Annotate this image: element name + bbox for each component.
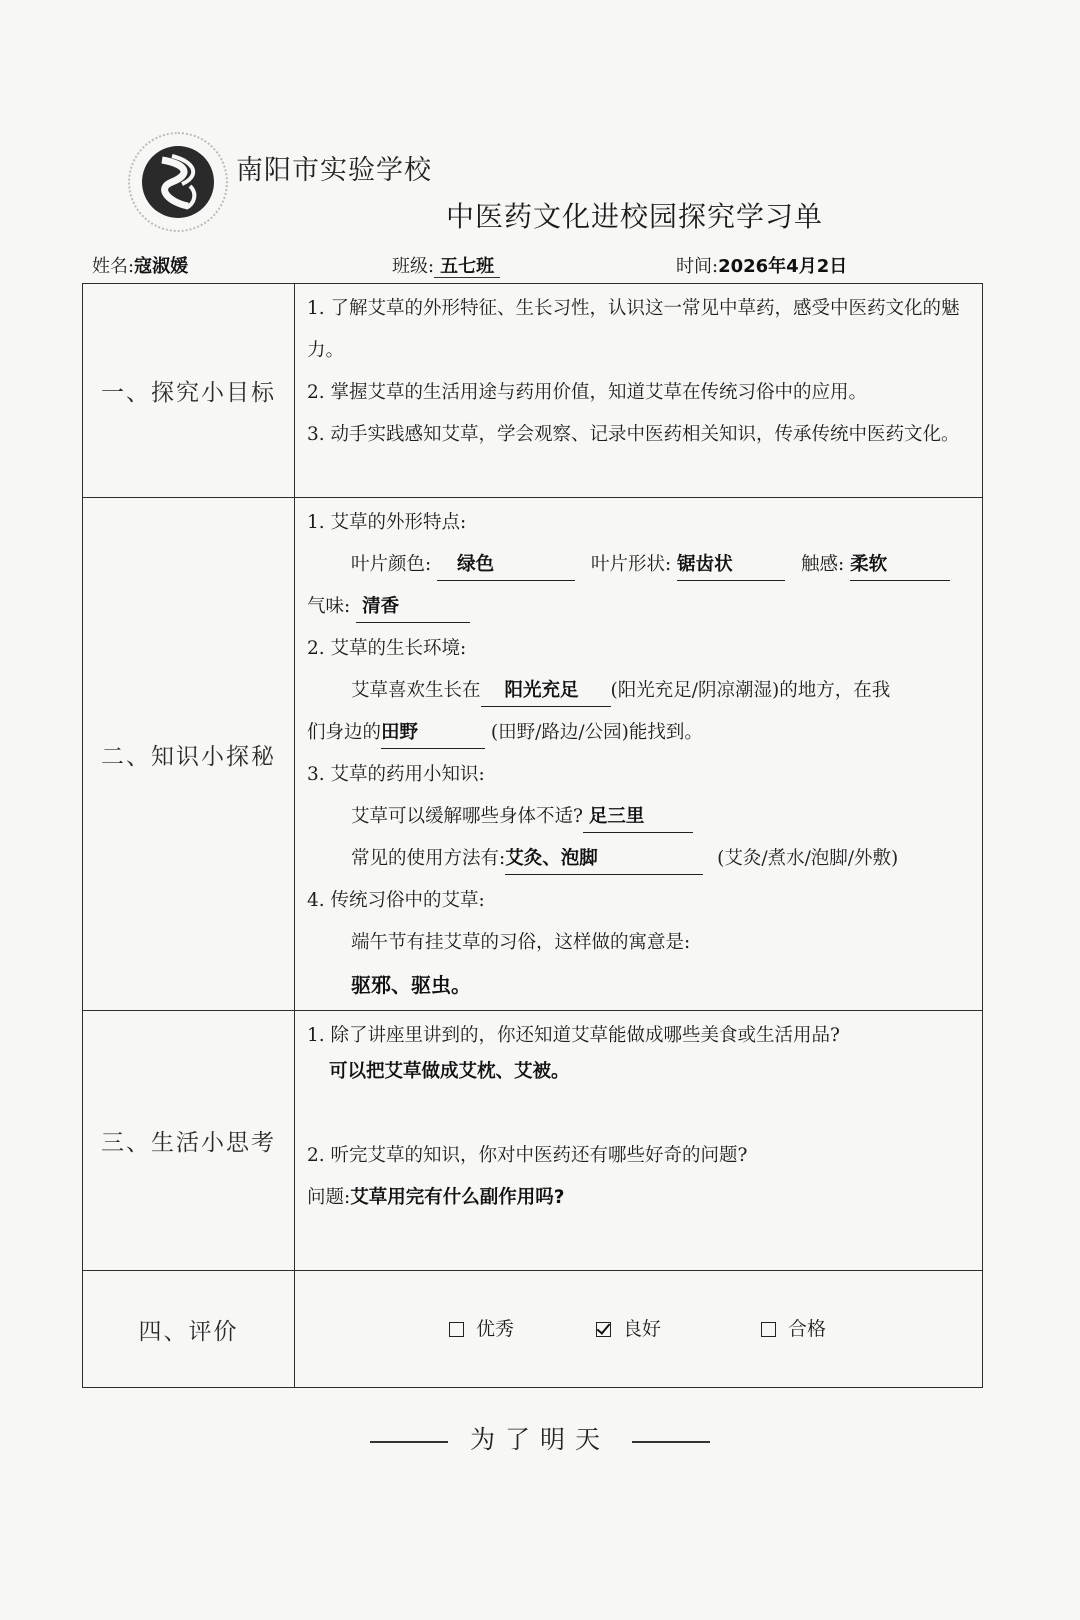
usage-options: (艾灸/煮水/泡脚/外敷) bbox=[717, 848, 898, 869]
checkbox-unchecked-icon[interactable] bbox=[449, 1322, 464, 1337]
find-options: (田野/路边/公园) bbox=[491, 722, 629, 743]
motto-text: 为了明天 bbox=[470, 1425, 610, 1454]
time-value: 2026年4月2日 bbox=[718, 256, 847, 277]
evaluation-options: 优秀 良好 合格 bbox=[307, 1308, 972, 1350]
goal-item: 2. 掌握艾草的生活用途与药用价值，知道艾草在传统习俗中的应用。 bbox=[307, 372, 972, 414]
thinking-q2: 2. 听完艾草的知识，你对中医药还有哪些好奇的问题? bbox=[307, 1135, 972, 1177]
document-title: 中医药文化进校园探究学习单 bbox=[446, 195, 823, 235]
checkbox-checked-icon[interactable] bbox=[596, 1322, 611, 1337]
evaluation-label: 四、评价 bbox=[83, 1271, 295, 1388]
q3-title: 3. 艾草的药用小知识: bbox=[307, 754, 972, 796]
eval-good-label: 良好 bbox=[623, 1308, 661, 1350]
touch-input[interactable]: 柔软 bbox=[850, 550, 950, 581]
class-field: 班级:五七班 bbox=[392, 252, 500, 278]
thinking-content: 1. 除了讲座里讲到的，你还知道艾草能做成哪些美食或生活用品? 可以把艾草做成艾… bbox=[295, 1011, 983, 1271]
question-label: 问题: bbox=[307, 1187, 350, 1208]
q1-title: 1. 艾草的外形特点: bbox=[307, 502, 972, 544]
q2-title: 2. 艾草的生长环境: bbox=[307, 628, 972, 670]
divider-right bbox=[632, 1441, 710, 1443]
footer-motto: 为了明天 bbox=[0, 1420, 1080, 1456]
usage-label: 常见的使用方法有: bbox=[351, 848, 505, 869]
class-label: 班级: bbox=[392, 256, 434, 277]
class-value: 五七班 bbox=[434, 256, 500, 278]
eval-excellent-label: 优秀 bbox=[476, 1308, 514, 1350]
smell-input[interactable]: 清香 bbox=[356, 592, 470, 623]
leaf-color-input[interactable]: 绿色 bbox=[437, 550, 575, 581]
thinking-label: 三、生活小思考 bbox=[83, 1011, 295, 1271]
knowledge-content: 1. 艾草的外形特点: 叶片颜色: 绿色 叶片形状: 锯齿状 触感: 柔软 气味… bbox=[295, 498, 983, 1011]
grow-prefix: 艾草喜欢生长在 bbox=[351, 680, 481, 701]
q4-title: 4. 传统习俗中的艾草: bbox=[307, 880, 972, 922]
grow-options: (阳光充足/阴凉潮湿) bbox=[611, 680, 780, 701]
relieve-input[interactable]: 足三里 bbox=[583, 802, 693, 833]
grow-suffix: 的地方，在我 bbox=[779, 680, 890, 701]
goal-item: 1. 了解艾草的外形特征、生长习性，认识这一常见中草药，感受中医药文化的魅力。 bbox=[307, 288, 972, 372]
eval-pass-label: 合格 bbox=[788, 1308, 826, 1350]
name-value: 寇淑媛 bbox=[134, 256, 188, 277]
eval-pass[interactable]: 合格 bbox=[761, 1308, 826, 1350]
thinking-a2[interactable]: 艾草用完有什么副作用吗? bbox=[350, 1187, 564, 1208]
find-suffix: 能找到。 bbox=[629, 722, 703, 743]
goals-row: 一、探究小目标 1. 了解艾草的外形特征、生长习性，认识这一常见中草药，感受中医… bbox=[83, 284, 983, 498]
find-line: 们身边的田野 (田野/路边/公园)能找到。 bbox=[307, 712, 972, 754]
grow-line: 艾草喜欢生长在阳光充足(阳光充足/阴凉潮湿)的地方，在我 bbox=[307, 670, 972, 712]
knowledge-label: 二、知识小探秘 bbox=[83, 498, 295, 1011]
eval-excellent[interactable]: 优秀 bbox=[449, 1308, 514, 1350]
thinking-a2-line: 问题:艾草用完有什么副作用吗? bbox=[307, 1177, 972, 1219]
eval-good[interactable]: 良好 bbox=[596, 1308, 661, 1350]
goals-content: 1. 了解艾草的外形特征、生长习性，认识这一常见中草药，感受中医药文化的魅力。 … bbox=[295, 284, 983, 498]
leaf-shape-input[interactable]: 锯齿状 bbox=[677, 550, 785, 581]
knowledge-row: 二、知识小探秘 1. 艾草的外形特点: 叶片颜色: 绿色 叶片形状: 锯齿状 触… bbox=[83, 498, 983, 1011]
name-label: 姓名: bbox=[92, 256, 134, 277]
time-label: 时间: bbox=[676, 256, 718, 277]
appearance-line: 叶片颜色: 绿色 叶片形状: 锯齿状 触感: 柔软 bbox=[307, 544, 972, 586]
relieve-line: 艾草可以缓解哪些身体不适?足三里 bbox=[307, 796, 972, 838]
smell-line: 气味: 清香 bbox=[307, 586, 972, 628]
time-field: 时间:2026年4月2日 bbox=[676, 252, 847, 278]
checkbox-unchecked-icon[interactable] bbox=[761, 1322, 776, 1337]
leaf-shape-label: 叶片形状: bbox=[591, 554, 671, 575]
evaluation-row: 四、评价 优秀 良好 合格 bbox=[83, 1271, 983, 1388]
school-name: 南阳市实验学校 bbox=[236, 148, 432, 187]
smell-label: 气味: bbox=[307, 596, 350, 617]
touch-label: 触感: bbox=[801, 554, 844, 575]
goal-item: 3. 动手实践感知艾草，学会观察、记录中医药相关知识，传承传统中医药文化。 bbox=[307, 414, 972, 456]
relieve-label: 艾草可以缓解哪些身体不适? bbox=[351, 806, 583, 827]
student-name-field: 姓名:寇淑媛 bbox=[92, 252, 188, 278]
custom-answer[interactable]: 驱邪、驱虫。 bbox=[307, 964, 972, 1006]
divider-left bbox=[370, 1441, 448, 1443]
thinking-row: 三、生活小思考 1. 除了讲座里讲到的，你还知道艾草能做成哪些美食或生活用品? … bbox=[83, 1011, 983, 1271]
custom-question: 端午节有挂艾草的习俗，这样做的寓意是: bbox=[307, 922, 972, 964]
worksheet-table: 一、探究小目标 1. 了解艾草的外形特征、生长习性，认识这一常见中草药，感受中医… bbox=[82, 283, 983, 1388]
thinking-a1[interactable]: 可以把艾草做成艾枕、艾被。 bbox=[307, 1057, 972, 1087]
usage-input[interactable]: 艾灸、泡脚 bbox=[505, 844, 703, 875]
usage-line: 常见的使用方法有:艾灸、泡脚 (艾灸/煮水/泡脚/外敷) bbox=[307, 838, 972, 880]
thinking-q1: 1. 除了讲座里讲到的，你还知道艾草能做成哪些美食或生活用品? bbox=[307, 1015, 972, 1057]
find-input[interactable]: 田野 bbox=[381, 718, 485, 749]
goals-label: 一、探究小目标 bbox=[83, 284, 295, 498]
grow-input[interactable]: 阳光充足 bbox=[481, 676, 611, 707]
evaluation-content: 优秀 良好 合格 bbox=[295, 1271, 983, 1388]
find-prefix: 们身边的 bbox=[307, 722, 381, 743]
leaf-color-label: 叶片颜色: bbox=[351, 554, 431, 575]
school-emblem-icon bbox=[128, 132, 228, 232]
